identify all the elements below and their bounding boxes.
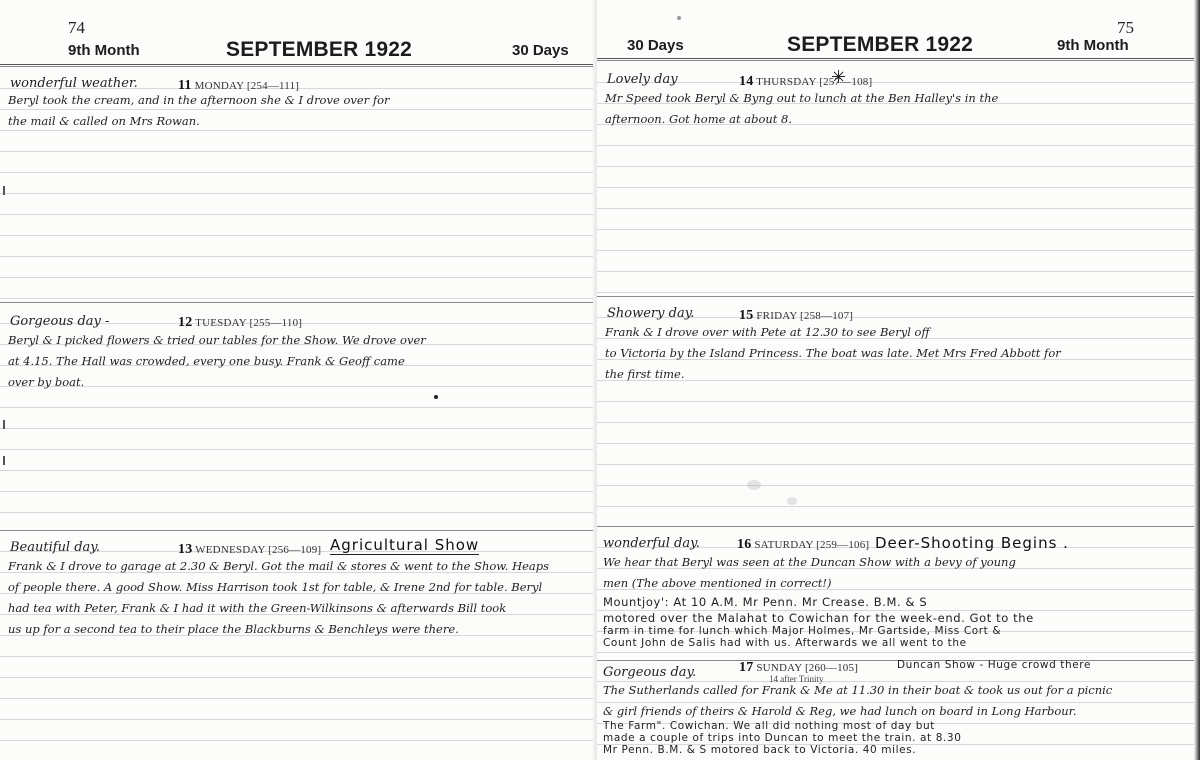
left-diary-page: 74 9th Month SEPTEMBER 1922 30 Days wond…: [0, 0, 597, 760]
date-number: 16: [737, 537, 751, 552]
entry-line: made a couple of trips into Duncan to me…: [603, 732, 1195, 744]
entry-text-addendum: Duncan Show - Huge crowd there: [897, 659, 1197, 671]
date-number: 17: [739, 660, 753, 675]
date-label: 12 TUESDAY [255—110]: [178, 315, 302, 331]
entry-text: Beryl took the cream, and in the afterno…: [8, 90, 593, 132]
entry-line: & girl friends of theirs & Harold & Reg,…: [603, 701, 1195, 722]
entry-text: Frank & I drove to garage at 2.30 & Bery…: [8, 556, 593, 640]
entry-line: men (The above mentioned in correct!): [603, 573, 1195, 594]
weekday: SUNDAY: [756, 662, 802, 674]
entry-line: the mail & called on Mrs Rowan.: [8, 111, 593, 132]
entry-line: of people there. A good Show. Miss Harri…: [8, 577, 593, 598]
days-label: 30 Days: [512, 42, 569, 59]
day-counts: [256—109]: [268, 544, 321, 556]
entry-line: The Sutherlands called for Frank & Me at…: [603, 680, 1195, 701]
entry-text: The Sutherlands called for Frank & Me at…: [603, 680, 1195, 722]
event-heading: Agricultural Show: [330, 536, 479, 555]
entry-line: Mr Penn. B.M. & S motored back to Victor…: [603, 744, 1195, 756]
header-rule: [0, 64, 596, 67]
entry-line: Count John de Salis had with us. Afterwa…: [603, 637, 1195, 649]
margin-mark: [3, 456, 5, 465]
entry-line: Duncan Show - Huge crowd there: [897, 659, 1197, 671]
weekday: TUESDAY: [195, 317, 246, 329]
entry-line: Mountjoy': At 10 A.M. Mr Penn. Mr Crease…: [603, 594, 1195, 610]
entry-line: afternoon. Got home at about 8.: [605, 109, 1195, 130]
date-label: 16 SATURDAY [259—106]: [737, 537, 869, 553]
entry-text: Mr Speed took Beryl & Byng out to lunch …: [605, 88, 1195, 130]
weather-note: Showery day.: [607, 306, 694, 321]
margin-mark: [3, 420, 5, 429]
day-counts: [258—107]: [800, 310, 853, 322]
weather-note: Gorgeous day -: [10, 314, 109, 329]
page-title: SEPTEMBER 1922: [226, 38, 412, 62]
entry-line: Beryl took the cream, and in the afterno…: [8, 90, 593, 111]
entry-line: over by boat.: [8, 372, 593, 393]
entry-line: Beryl & I picked flowers & tried our tab…: [8, 330, 593, 351]
date-number: 15: [739, 308, 753, 323]
page-number: 75: [1117, 18, 1134, 38]
entry-line: motored over the Malahat to Cowichan for…: [603, 610, 1195, 626]
entry-line: We hear that Beryl was seen at the Dunca…: [603, 552, 1195, 573]
entry-line: us up for a second tea to their place th…: [8, 619, 593, 640]
entry-line: to Victoria by the Island Princess. The …: [605, 343, 1195, 364]
weather-note: Lovely day: [607, 72, 678, 87]
ink-blot: [677, 16, 681, 20]
entry-line: the first time.: [605, 364, 1195, 385]
entry-line: at 4.15. The Hall was crowded, every one…: [8, 351, 593, 372]
page-title: SEPTEMBER 1922: [787, 33, 973, 57]
entry-line: farm in time for lunch which Major Holme…: [603, 625, 1195, 637]
asterisk-ink-mark-icon: ✳: [831, 68, 846, 86]
header-rule: [597, 58, 1200, 61]
entry-line: Frank & I drove to garage at 2.30 & Bery…: [8, 556, 593, 577]
page-smudge: [747, 480, 761, 490]
event-heading: Deer-Shooting Begins .: [875, 534, 1069, 552]
entry-text-addendum: farm in time for lunch which Major Holme…: [603, 625, 1195, 649]
month-label: 9th Month: [68, 42, 140, 59]
weekday: FRIDAY: [756, 310, 797, 322]
weather-note: Beautiful day.: [10, 540, 100, 555]
entry-text: Beryl & I picked flowers & tried our tab…: [8, 330, 593, 393]
month-label: 9th Month: [1057, 37, 1129, 54]
entry-line: Frank & I drove over with Pete at 12.30 …: [605, 322, 1195, 343]
weather-note: wonderful day.: [603, 536, 700, 551]
weekday: SATURDAY: [754, 539, 813, 551]
margin-mark: [3, 186, 5, 195]
right-diary-page: 75 30 Days SEPTEMBER 1922 9th Month Love…: [597, 0, 1200, 760]
page-number: 74: [68, 18, 85, 38]
entry-text: Frank & I drove over with Pete at 12.30 …: [605, 322, 1195, 385]
weather-note: Gorgeous day.: [603, 665, 696, 680]
entry-line: Mr Speed took Beryl & Byng out to lunch …: [605, 88, 1195, 109]
day-counts: [259—106]: [816, 539, 869, 551]
entry-line: The Farm". Cowichan. We all did nothing …: [603, 720, 1195, 732]
date-number: 12: [178, 315, 192, 330]
page-smudge: [787, 497, 797, 505]
day-counts: [255—110]: [249, 317, 302, 329]
ink-blot: [434, 395, 438, 399]
entry-text: We hear that Beryl was seen at the Dunca…: [603, 552, 1195, 594]
entry-text-addendum: Mountjoy': At 10 A.M. Mr Penn. Mr Crease…: [603, 594, 1195, 626]
weekday: THURSDAY: [756, 76, 816, 88]
weather-note: wonderful weather.: [10, 76, 138, 91]
page-edge-shadow: [1194, 0, 1200, 760]
entry-line: had tea with Peter, Frank & I had it wit…: [8, 598, 593, 619]
day-counts: [260—105]: [805, 662, 858, 674]
entry-text-addendum: The Farm". Cowichan. We all did nothing …: [603, 720, 1195, 756]
weekday: WEDNESDAY: [195, 544, 265, 556]
days-label: 30 Days: [627, 37, 684, 54]
date-number: 14: [739, 74, 753, 89]
date-number: 13: [178, 542, 192, 557]
